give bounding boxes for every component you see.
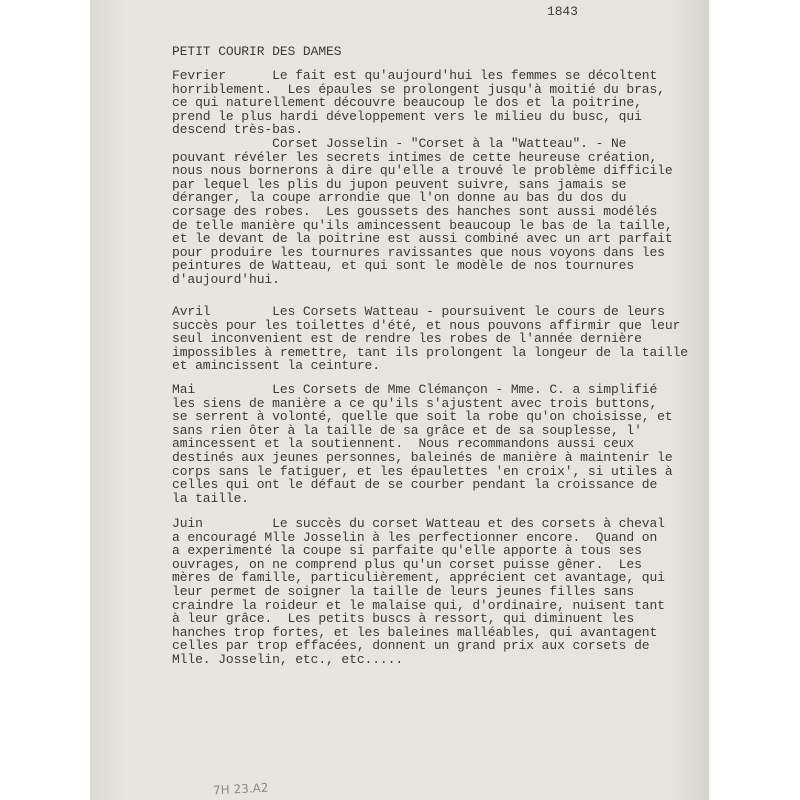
document-page: 1843 PETIT COURIR DES DAMES Fevrier Le f… — [90, 0, 709, 800]
section-avril: Avril Les Corsets Watteau - poursuivent … — [172, 305, 688, 373]
document-title: PETIT COURIR DES DAMES — [172, 44, 341, 59]
text-line: pour produire les tournures ravissantes … — [172, 246, 673, 260]
text-line: et amincissent la ceinture. — [172, 359, 688, 373]
text-line: impossibles à remettre, tant ils prolong… — [172, 346, 688, 360]
section-mai: Mai Les Corsets de Mme Clémançon - Mme. … — [172, 383, 673, 505]
text-line: sans rien ôter à la taille de sa grâce e… — [172, 424, 673, 438]
text-line: peintures de Watteau, et qui sont le mod… — [172, 259, 673, 273]
text-line: ce qui naturellement découvre beaucoup l… — [172, 96, 673, 110]
text-line: nous nous bornerons à dire qu'elle a tro… — [172, 164, 673, 178]
document-year: 1843 — [547, 4, 578, 19]
text-line: descend très-bas. — [172, 123, 673, 137]
text-line: destinés aux jeunes personnes, baleinés … — [172, 451, 673, 465]
text-line: horriblement. Les épaules se prolongent … — [172, 83, 673, 97]
text-line: corps sans le fatiguer, et les épaulette… — [172, 465, 673, 479]
text-line: Corset Josselin - "Corset à la "Watteau"… — [172, 137, 673, 151]
text-line: d'aujourd'hui. — [172, 273, 673, 287]
section-fevrier: Fevrier Le fait est qu'aujourd'hui les f… — [172, 69, 673, 287]
text-line: de telle manière qu'ils amincessent beau… — [172, 219, 673, 233]
text-line: leur permet de soigner la taille de leur… — [172, 585, 665, 599]
text-line: a encouragé Mlle Josselin à les perfecti… — [172, 531, 665, 545]
text-line: succès pour les toilettes d'été, et nous… — [172, 319, 688, 333]
text-line: Fevrier Le fait est qu'aujourd'hui les f… — [172, 69, 673, 83]
text-line: celles par trop effacées, donnent un gra… — [172, 639, 665, 653]
text-line: se serrent à volonté, quelle que soit la… — [172, 410, 673, 424]
text-line: seul inconvenient est de rendre les robe… — [172, 332, 688, 346]
text-line: les siens de manière a ce qu'ils s'ajust… — [172, 397, 673, 411]
text-line: corsage des robes. Les goussets des hanc… — [172, 205, 673, 219]
text-line: Avril Les Corsets Watteau - poursuivent … — [172, 305, 688, 319]
text-line: pouvant révéler les secrets intimes de c… — [172, 151, 673, 165]
text-line: à leur grâce. Les petits buscs à ressort… — [172, 612, 665, 626]
section-juin: Juin Le succès du corset Watteau et des … — [172, 517, 665, 667]
text-line: Juin Le succès du corset Watteau et des … — [172, 517, 665, 531]
text-line: et le devant de la poitrine est aussi co… — [172, 232, 673, 246]
archive-reference-mark: 7H 23.A2 — [213, 781, 269, 798]
text-line: par lequel les plis du jupon peuvent sui… — [172, 178, 673, 192]
text-line: amincessent et la soutiennent. Nous reco… — [172, 437, 673, 451]
text-line: ouvrages, on ne comprend plus qu'un cors… — [172, 558, 665, 572]
text-line: mères de famille, particulièrement, appr… — [172, 571, 665, 585]
text-line: a experimenté la coupe si parfaite qu'el… — [172, 544, 665, 558]
text-line: prend le plus hardi développement vers l… — [172, 110, 673, 124]
text-line: déranger, la coupe arrondie que l'on don… — [172, 191, 673, 205]
text-line: celles qui ont le défaut de se courber p… — [172, 478, 673, 492]
text-line: la taille. — [172, 492, 673, 506]
text-line: craindre la roideur et le malaise qui, d… — [172, 599, 665, 613]
text-line: Mlle. Josselin, etc., etc..... — [172, 653, 665, 667]
text-line: hanches trop fortes, et les baleines mal… — [172, 626, 665, 640]
text-line: Mai Les Corsets de Mme Clémançon - Mme. … — [172, 383, 673, 397]
